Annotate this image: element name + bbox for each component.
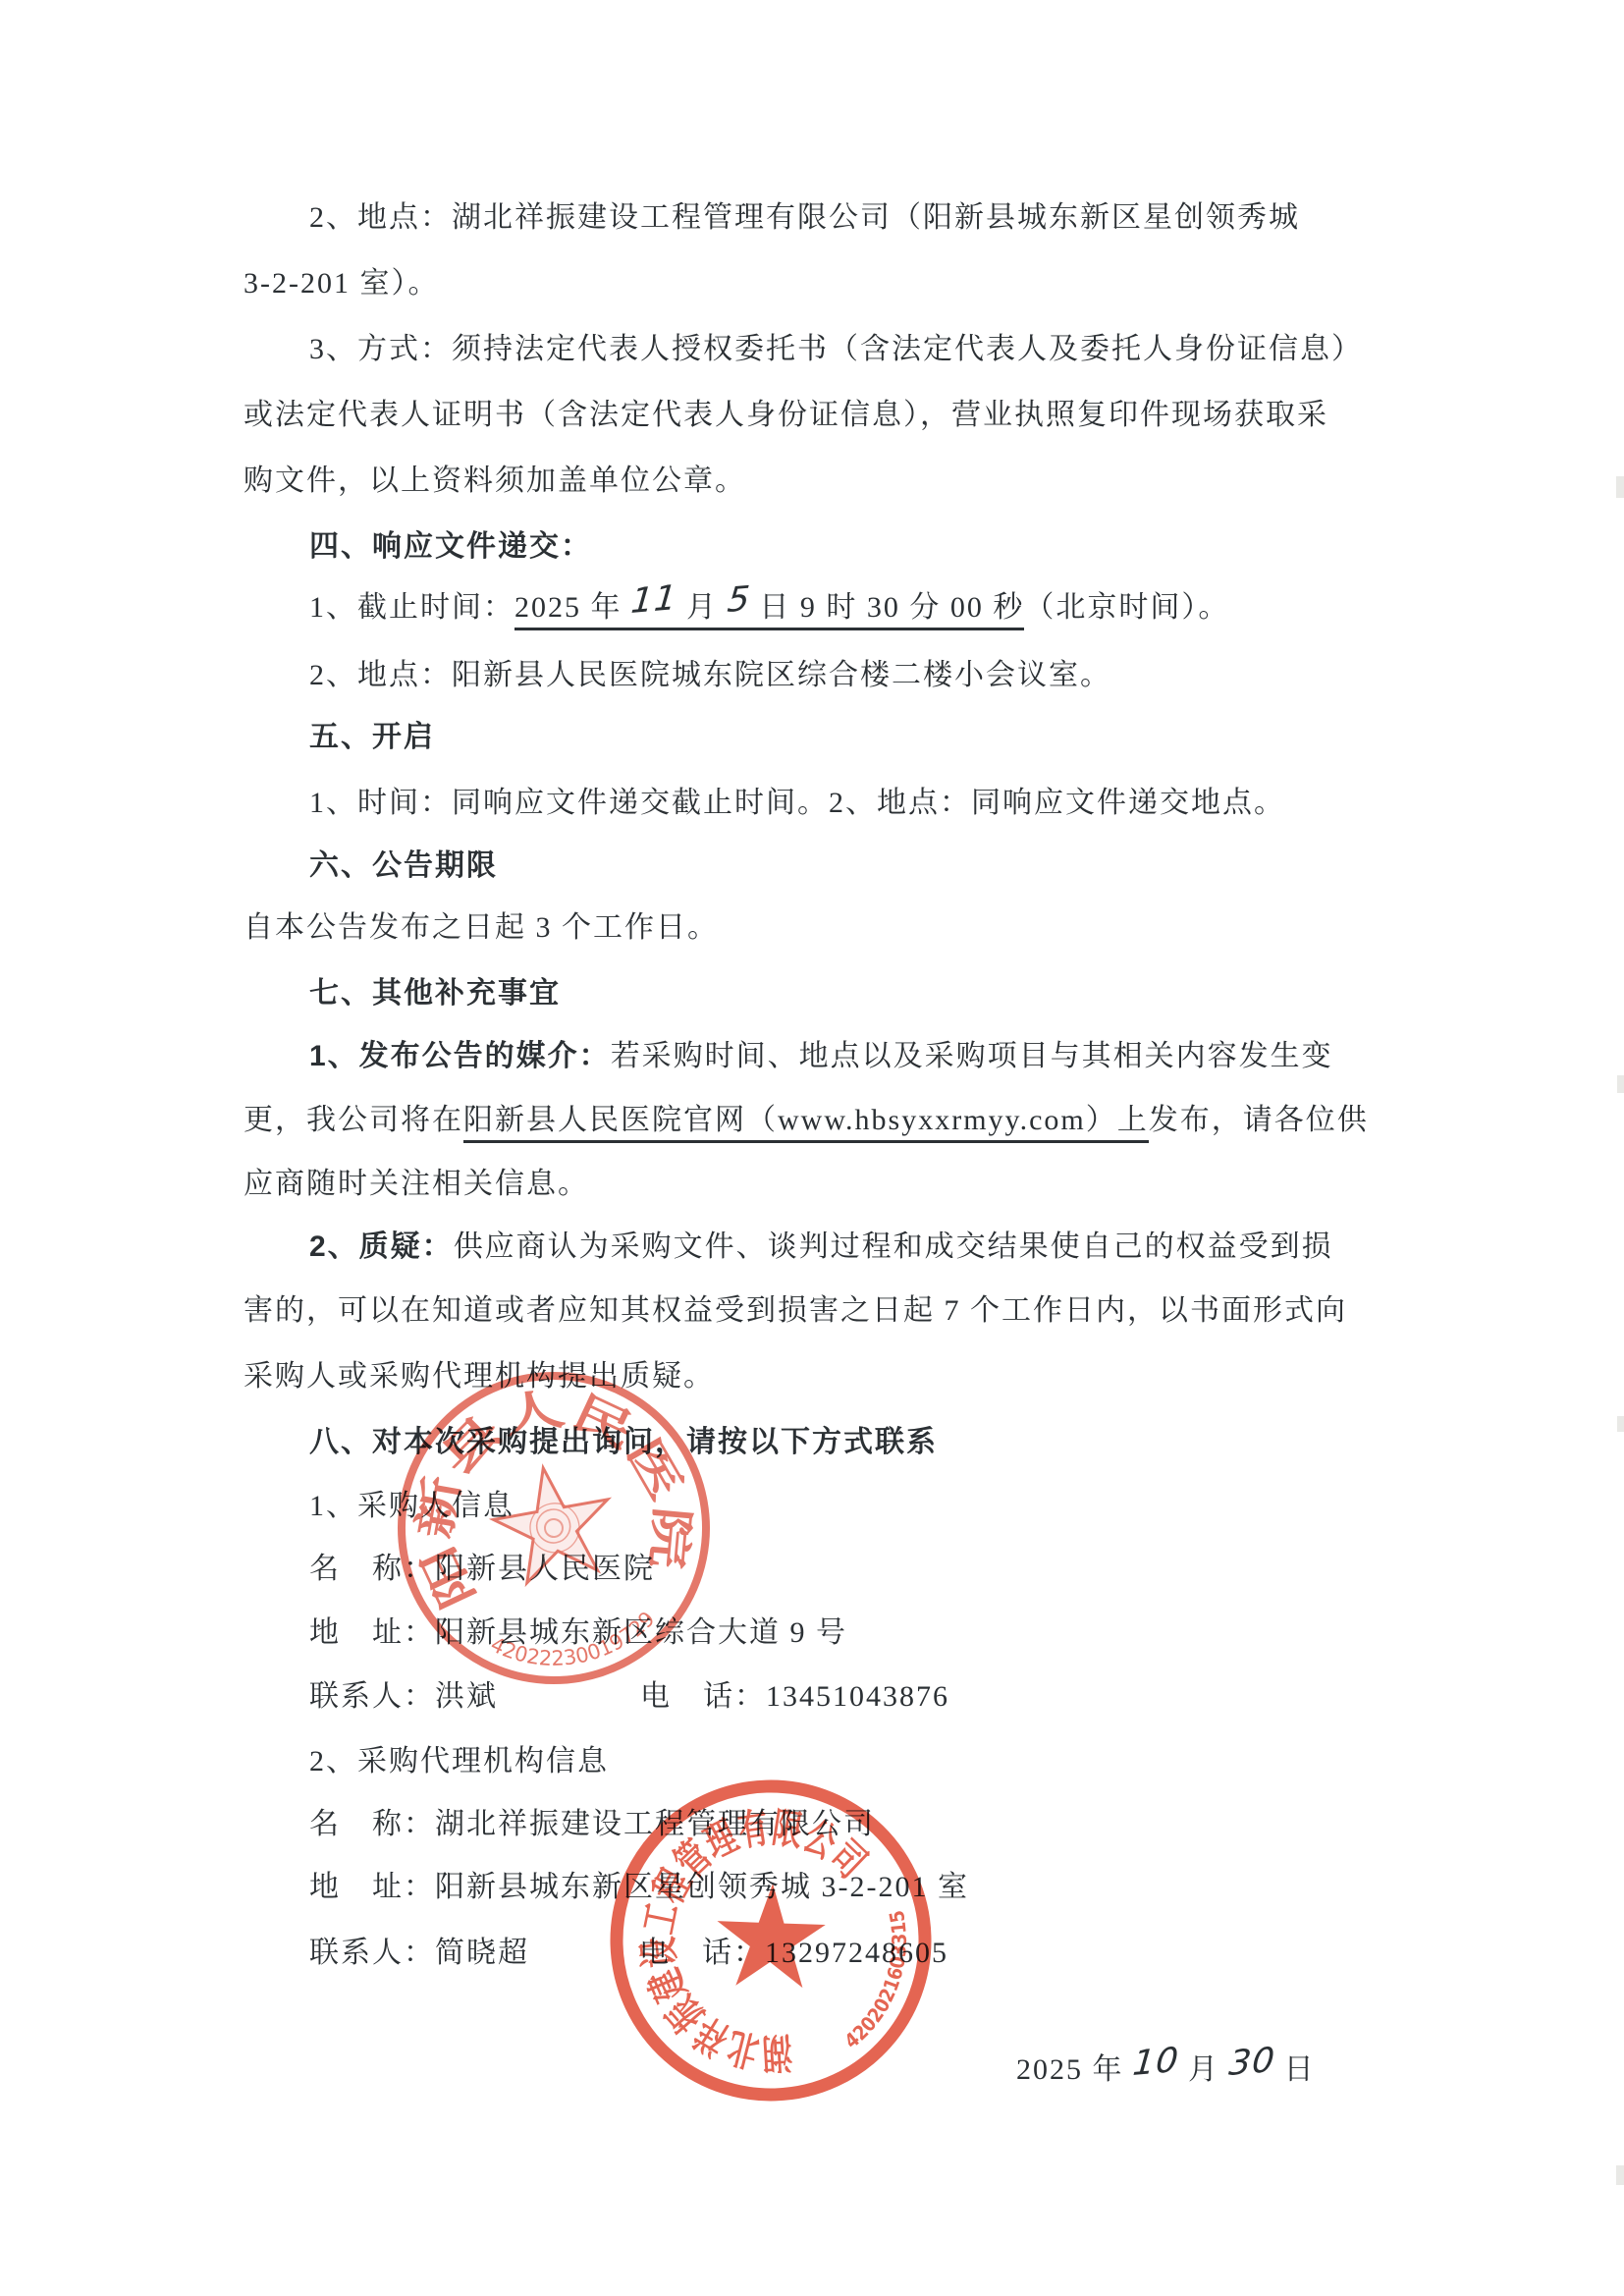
section-heading-5: 五、开启 xyxy=(309,718,435,757)
handwritten-day: 5 xyxy=(726,579,752,621)
handwritten-day: 30 xyxy=(1227,2041,1277,2084)
purchaser-name-line: 名 称：阳新县人民医院 xyxy=(309,1550,655,1589)
media-line: 1、发布公告的媒介：若采购时间、地点以及采购项目与其相关内容发生变 xyxy=(309,1037,1333,1076)
paragraph-line: 2、地点：阳新县人民医院城东院区综合楼二楼小会议室。 xyxy=(309,656,1111,695)
agency-address-line: 地 址：阳新县城东新区星创领秀城 3-2-201 室 xyxy=(309,1868,969,1907)
scan-artifact xyxy=(1616,476,1624,498)
agency-contact-line: 联系人：简晓超电 话：13297248605 xyxy=(309,1934,948,1973)
purchaser-contact-line: 联系人：洪斌电 话：13451043876 xyxy=(309,1677,949,1717)
handwritten-month: 11 xyxy=(629,578,679,622)
scan-artifact xyxy=(1616,2165,1624,2185)
section-heading-4: 四、响应文件递交： xyxy=(309,527,592,567)
handwritten-month: 10 xyxy=(1131,2041,1181,2084)
section-heading-6: 六、公告期限 xyxy=(309,847,498,886)
date-line: 2025 年 10 月 30 日 xyxy=(1016,2049,1316,2090)
deadline-underlined-datetime: 2025 年 11 月 5 日 9 时 30 分 00 秒 xyxy=(514,591,1024,630)
paragraph-line: 3、方式：须持法定代表人授权委托书（含法定代表人及委托人身份证信息） xyxy=(309,330,1363,369)
scan-artifact xyxy=(1617,1416,1624,1432)
company-seal-number: 4202021603315 xyxy=(836,1901,929,2060)
agency-name-line: 名 称：湖北祥振建设工程管理有限公司 xyxy=(309,1805,875,1844)
contact-phone: 电 话：13451043876 xyxy=(640,1680,949,1713)
objection-bold-prefix: 2、质疑： xyxy=(309,1230,454,1263)
purchaser-info-heading: 1、采购人信息 xyxy=(309,1487,514,1526)
scan-artifact xyxy=(1617,1075,1624,1093)
agency-info-heading: 2、采购代理机构信息 xyxy=(309,1742,609,1781)
objection-line: 2、质疑：供应商认为采购文件、谈判过程和成交结果使自己的权益受到损 xyxy=(309,1228,1333,1267)
contact-name: 联系人：简晓超 xyxy=(309,1937,529,1969)
paragraph-line: 或法定代表人证明书（含法定代表人身份证信息），营业执照复印件现场获取采 xyxy=(244,396,1328,435)
section-heading-8: 八、对本次采购提出询问，请按以下方式联系 xyxy=(309,1423,938,1462)
deadline-suffix: （北京时间）。 xyxy=(1024,591,1229,624)
paragraph-line: 自本公告发布之日起 3 个工作日。 xyxy=(244,908,719,948)
media-bold-prefix: 1、发布公告的媒介： xyxy=(309,1040,611,1072)
deadline-line: 1、截止时间：2025 年 11 月 5 日 9 时 30 分 00 秒（北京时… xyxy=(309,586,1229,628)
purchaser-address-line: 地 址：阳新县城东新区综合大道 9 号 xyxy=(309,1613,847,1653)
paragraph-line: 应商随时关注相关信息。 xyxy=(244,1165,589,1204)
paragraph-line: 采购人或采购代理机构提出质疑。 xyxy=(244,1357,715,1396)
contact-name: 联系人：洪斌 xyxy=(309,1680,498,1713)
paragraph-line: 1、时间：同响应文件递交截止时间。2、地点：同响应文件递交地点。 xyxy=(309,784,1285,823)
contact-phone: 电 话：13297248605 xyxy=(639,1937,948,1969)
section-heading-7: 七、其他补充事宜 xyxy=(309,974,561,1013)
paragraph-line: 3-2-201 室）。 xyxy=(244,264,439,303)
deadline-prefix: 1、截止时间： xyxy=(309,591,514,624)
scanned-document-page: 2、地点：湖北祥振建设工程管理有限公司（阳新县城东新区星创领秀城 3-2-201… xyxy=(0,0,1624,2296)
hospital-seal-star-guilloche xyxy=(526,1500,583,1557)
website-line: 更，我公司将在阳新县人民医院官网（www.hbsyxxrmyy.com）上发布，… xyxy=(244,1101,1369,1140)
paragraph-line: 购文件，以上资料须加盖单位公章。 xyxy=(244,462,746,501)
paragraph-line: 害的，可以在知道或者应知其权益受到损害之日起 7 个工作日内，以书面形式向 xyxy=(244,1291,1347,1331)
paragraph-line: 2、地点：湖北祥振建设工程管理有限公司（阳新县城东新区星创领秀城 xyxy=(309,198,1300,238)
hospital-website-link: 阳新县人民医院官网（www.hbsyxxrmyy.com）上 xyxy=(463,1104,1149,1143)
